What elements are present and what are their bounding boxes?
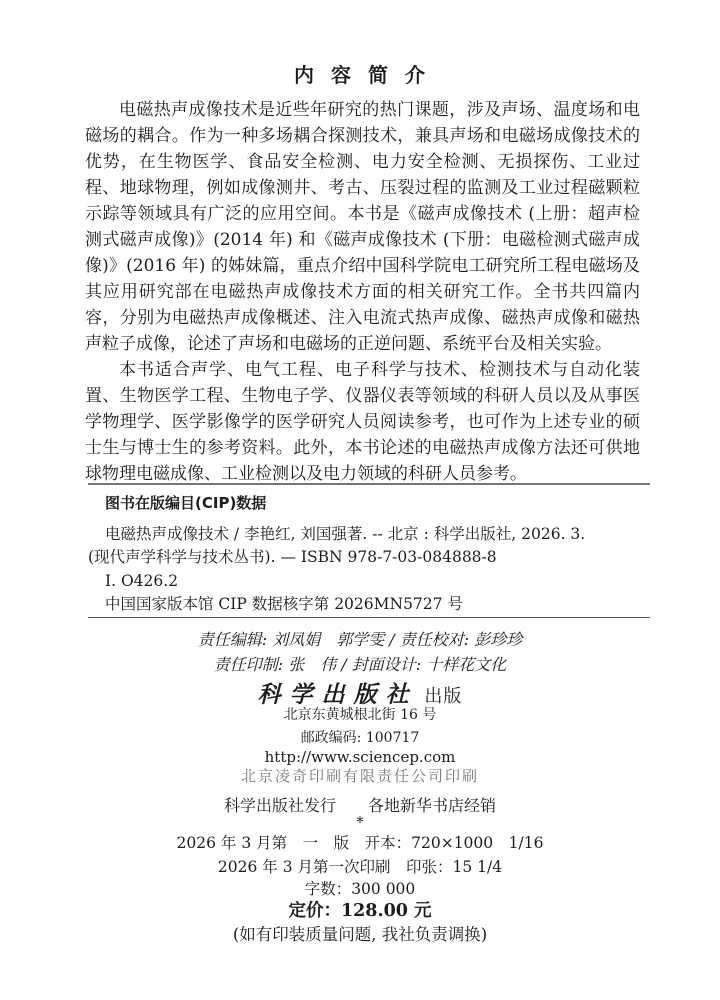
content-intro-heading: 内容简介 xyxy=(8,59,720,88)
cip-bottom-rule xyxy=(88,617,650,618)
cip-top-rule xyxy=(88,483,650,485)
edition-format-line: 2026 年 3 月第 一 版 开本：720×1000 1/16 xyxy=(0,831,720,853)
cip-classification-line: Ⅰ. O426.2 xyxy=(88,570,650,594)
word-count-line: 字数：300 000 xyxy=(0,877,720,899)
cip-title-line: 电磁热声成像技术 / 李艳红, 刘国强著. -- 北京 : 科学出版社, 202… xyxy=(88,523,650,547)
quality-exchange-note: (如有印装质量问题, 我社负责调换) xyxy=(0,921,720,945)
responsible-printing-line: 责任印制: 张 伟 / 封面设计: 十样花文化 xyxy=(0,652,720,675)
printing-sheets-line: 2026 年 3 月第一次印刷 印张：15 1/4 xyxy=(0,855,720,877)
intro-paragraph: 电磁热声成像技术是近些年研究的热门课题，涉及声场、温度场和电磁场的耦合。作为一种… xyxy=(85,97,640,357)
publisher-url: http://www.sciencep.com xyxy=(0,748,720,766)
publisher-postcode: 邮政编码: 100717 xyxy=(0,727,720,747)
cip-record-number-line: 中国国家版本馆 CIP 数据核字第 2026MN5727 号 xyxy=(88,593,650,617)
content-intro-body: 电磁热声成像技术是近些年研究的热门课题，涉及声场、温度场和电磁场的耦合。作为一种… xyxy=(85,97,640,487)
responsible-editors-line: 责任编辑: 刘凤娟 郭学雯 / 责任校对: 彭珍珍 xyxy=(0,627,720,650)
printer-line: 北京凌奇印刷有限责任公司印刷 xyxy=(0,765,720,786)
intro-paragraph: 本书适合声学、电气工程、电子科学与技术、检测技术与自动化装置、生物医学工程、生物… xyxy=(85,357,640,487)
price-line: 定价：128.00 元 xyxy=(0,897,720,922)
cip-block: 图书在版编目(CIP)数据 电磁热声成像技术 / 李艳红, 刘国强著. -- 北… xyxy=(88,492,650,617)
publisher-address: 北京东黄城根北街 16 号 xyxy=(0,704,720,724)
book-copyright-page: 内容简介 电磁热声成像技术是近些年研究的热门课题，涉及声场、温度场和电磁场的耦合… xyxy=(0,0,720,1000)
cip-series-line: (现代声学科学与技术丛书). — ISBN 978-7-03-084888-8 xyxy=(88,546,650,570)
cip-heading: 图书在版编目(CIP)数据 xyxy=(88,492,650,516)
separator-asterisk: * xyxy=(0,813,720,831)
